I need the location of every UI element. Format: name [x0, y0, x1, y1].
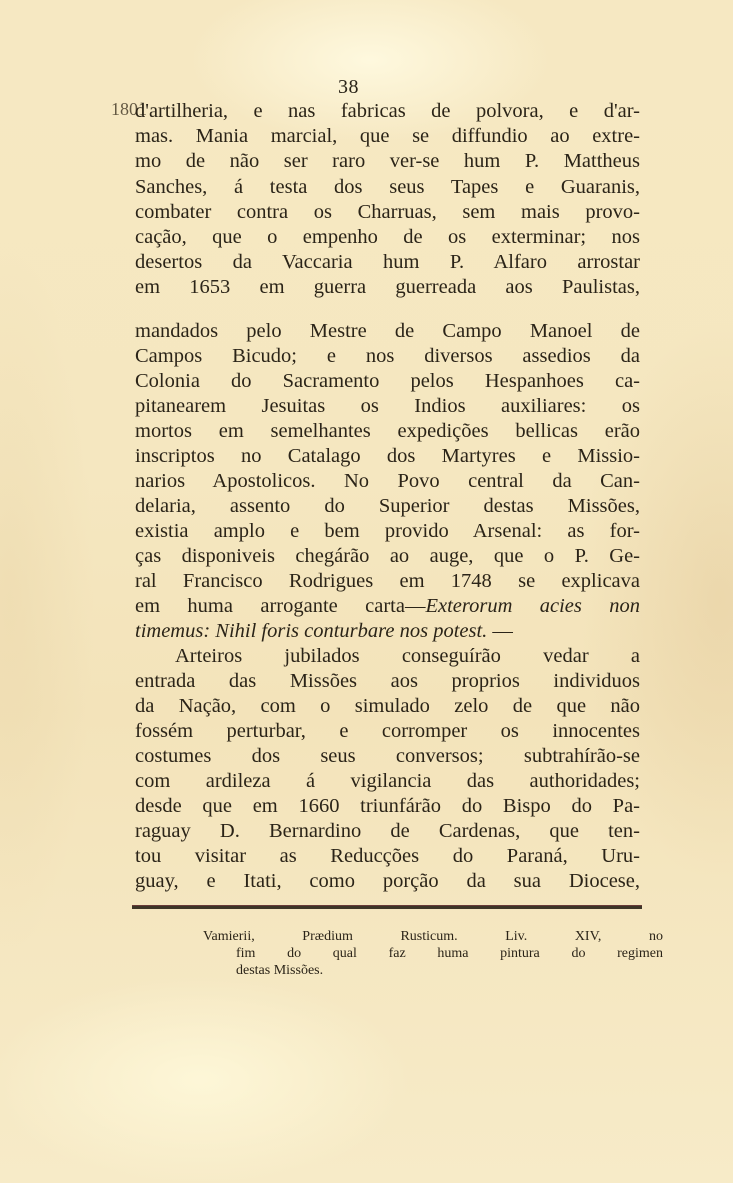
- latin-quote: Exterorum acies non: [425, 595, 640, 617]
- body-text: —: [487, 620, 513, 642]
- body-line: mo de não ser raro ver-se hum P. Mattheu…: [135, 150, 640, 172]
- body-line: entrada das Missões aos proprios individ…: [135, 670, 640, 692]
- body-line: em huma arrogante carta—Exterorum acies …: [135, 595, 640, 617]
- body-line: delaria, assento do Superior destas Miss…: [135, 495, 640, 517]
- body-line: fossém perturbar, e corromper os innocen…: [135, 720, 640, 742]
- footnote-line: fim do qual faz huma pintura do regimen: [236, 945, 663, 963]
- body-line: com ardileza á vigilancia das authoridad…: [135, 770, 640, 792]
- body-line: Colonia do Sacramento pelos Hespanhoes c…: [135, 370, 640, 392]
- body-line: ral Francisco Rodrigues em 1748 se expli…: [135, 570, 640, 592]
- book-page: 38 1801 d'artilheria, e nas fabricas de …: [0, 0, 733, 1183]
- body-text: em huma arrogante carta—: [135, 595, 425, 617]
- body-line: da Nação, com o simulado zelo de que não: [135, 695, 640, 717]
- body-line: cação, que o empenho de os exterminar; n…: [135, 226, 640, 248]
- body-line: mandados pelo Mestre de Campo Manoel de: [135, 320, 640, 342]
- latin-quote: timemus: Nihil foris conturbare nos pote…: [135, 620, 487, 642]
- body-line: inscriptos no Catalago dos Martyres e Mi…: [135, 445, 640, 467]
- body-line: narios Apostolicos. No Povo central da C…: [135, 470, 640, 492]
- body-line: mas. Mania marcial, que se diffundio ao …: [135, 125, 640, 147]
- body-line: Arteiros jubilados conseguírão vedar a: [175, 645, 640, 667]
- body-line: combater contra os Charruas, sem mais pr…: [135, 201, 640, 223]
- body-line: timemus: Nihil foris conturbare nos pote…: [135, 620, 640, 642]
- body-line: desde que em 1660 triunfárão do Bispo do…: [135, 795, 640, 817]
- body-line: mortos em semelhantes expedições bellica…: [135, 420, 640, 442]
- footnote-line: Vamierii, Prædium Rusticum. Liv. XIV, no: [203, 928, 663, 946]
- body-line: existia amplo e bem provido Arsenal: as …: [135, 520, 640, 542]
- body-line: d'artilheria, e nas fabricas de polvora,…: [135, 100, 640, 122]
- body-line: Sanches, á testa dos seus Tapes e Guaran…: [135, 176, 640, 198]
- body-line: tou visitar as Reducções do Paraná, Uru-: [135, 845, 640, 867]
- body-line: pitanearem Jesuitas os Indios auxiliares…: [135, 395, 640, 417]
- body-line: raguay D. Bernardino de Cardenas, que te…: [135, 820, 640, 842]
- body-line: em 1653 em guerra guerreada aos Paulista…: [135, 276, 640, 298]
- footnote-line: destas Missões.: [236, 962, 323, 980]
- body-line: Campos Bicudo; e nos diversos assedios d…: [135, 345, 640, 367]
- footnote-divider: [132, 905, 642, 909]
- body-line: guay, e Itati, como porção da sua Dioces…: [135, 870, 640, 892]
- body-line: costumes dos seus conversos; subtrahírão…: [135, 745, 640, 767]
- body-line: ças disponiveis chegárão ao auge, que o …: [135, 545, 640, 567]
- page-number: 38: [338, 76, 359, 99]
- body-line: desertos da Vaccaria hum P. Alfaro arros…: [135, 251, 640, 273]
